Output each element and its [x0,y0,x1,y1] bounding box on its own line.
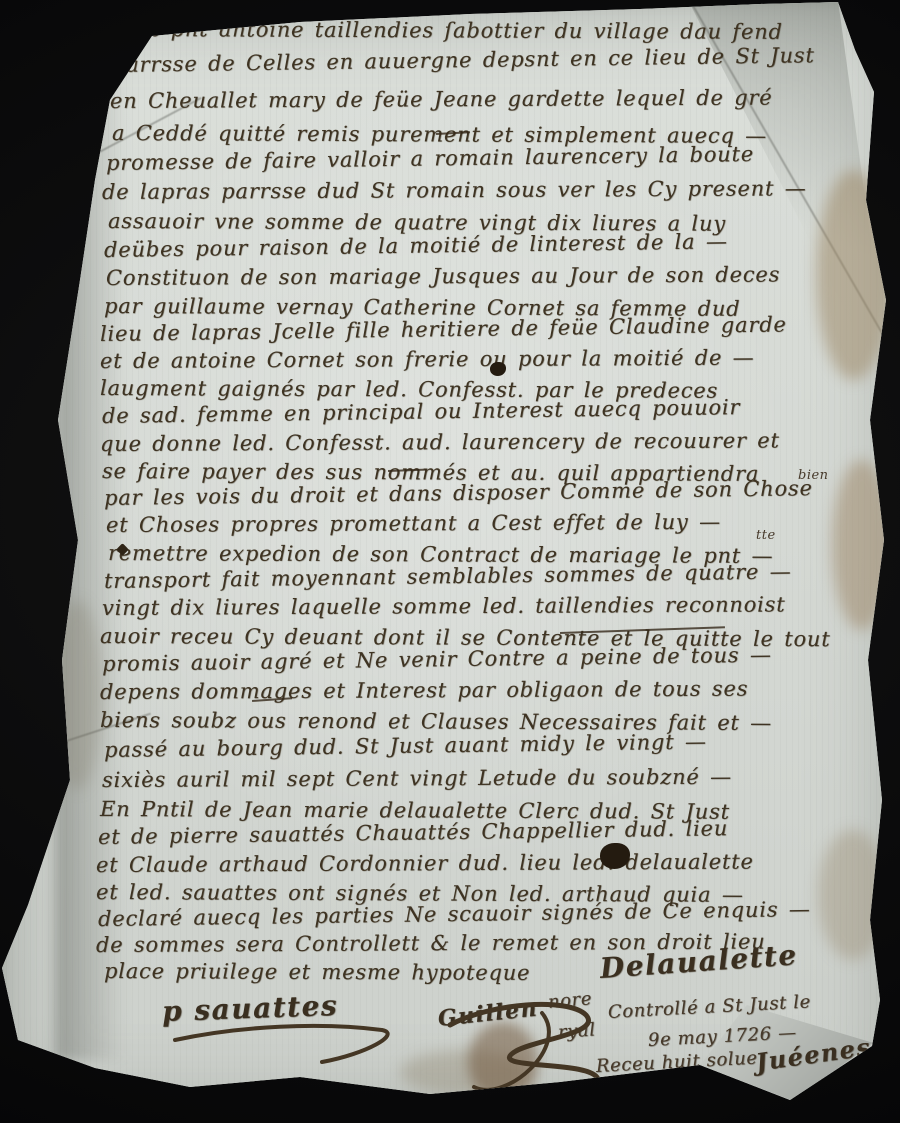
edge-stain [818,830,888,960]
manuscript-line: passé au bourg dud. St Just auant midy l… [104,729,707,763]
manuscript-line: sixiès auril mil sept Cent vingt Letude … [102,764,732,793]
manuscript-line: Constituon de son mariage Jusques au Jou… [106,261,780,291]
manuscript-line: et de antoine Cornet son frerie ou pour … [100,345,755,374]
manuscript-line: place priuilege et mesme hypoteque [104,958,530,986]
manuscript-line: et Choses propres promettant a Cest effe… [106,509,721,538]
interlinear-insertion: bien [798,468,829,483]
manuscript-line: vingt dix liures laquelle somme led. tai… [102,591,786,621]
manuscript-line: que donne led. Confesst. aud. laurencery… [100,427,780,457]
manuscript-page: fut pnt antoine taillendies ſabottier du… [0,0,900,1123]
manuscript-line: et Claude arthaud Cordonnier dud. lieu l… [96,849,754,878]
manuscript-line: fut pnt antoine taillendies ſabottier du… [128,16,783,45]
edge-stain [52,600,102,790]
signature-flourish [170,1018,410,1070]
manuscript-line: en Cheuallet mary de feüe Jeane gardette… [110,85,773,114]
interlinear-insertion: tte [756,528,776,543]
photo-backdrop: fut pnt antoine taillendies ſabottier du… [0,0,900,1123]
manuscript-line: depens dommages et Interest par obligaon… [100,676,748,705]
edge-stain [816,170,892,380]
manuscript-line: parrsse de Celles en auuergne depsnt en … [112,42,815,78]
edge-stain [832,460,892,630]
ink-blot [490,362,506,376]
manuscript-line: de lapras parrsse dud St romain sous ver… [102,175,807,205]
